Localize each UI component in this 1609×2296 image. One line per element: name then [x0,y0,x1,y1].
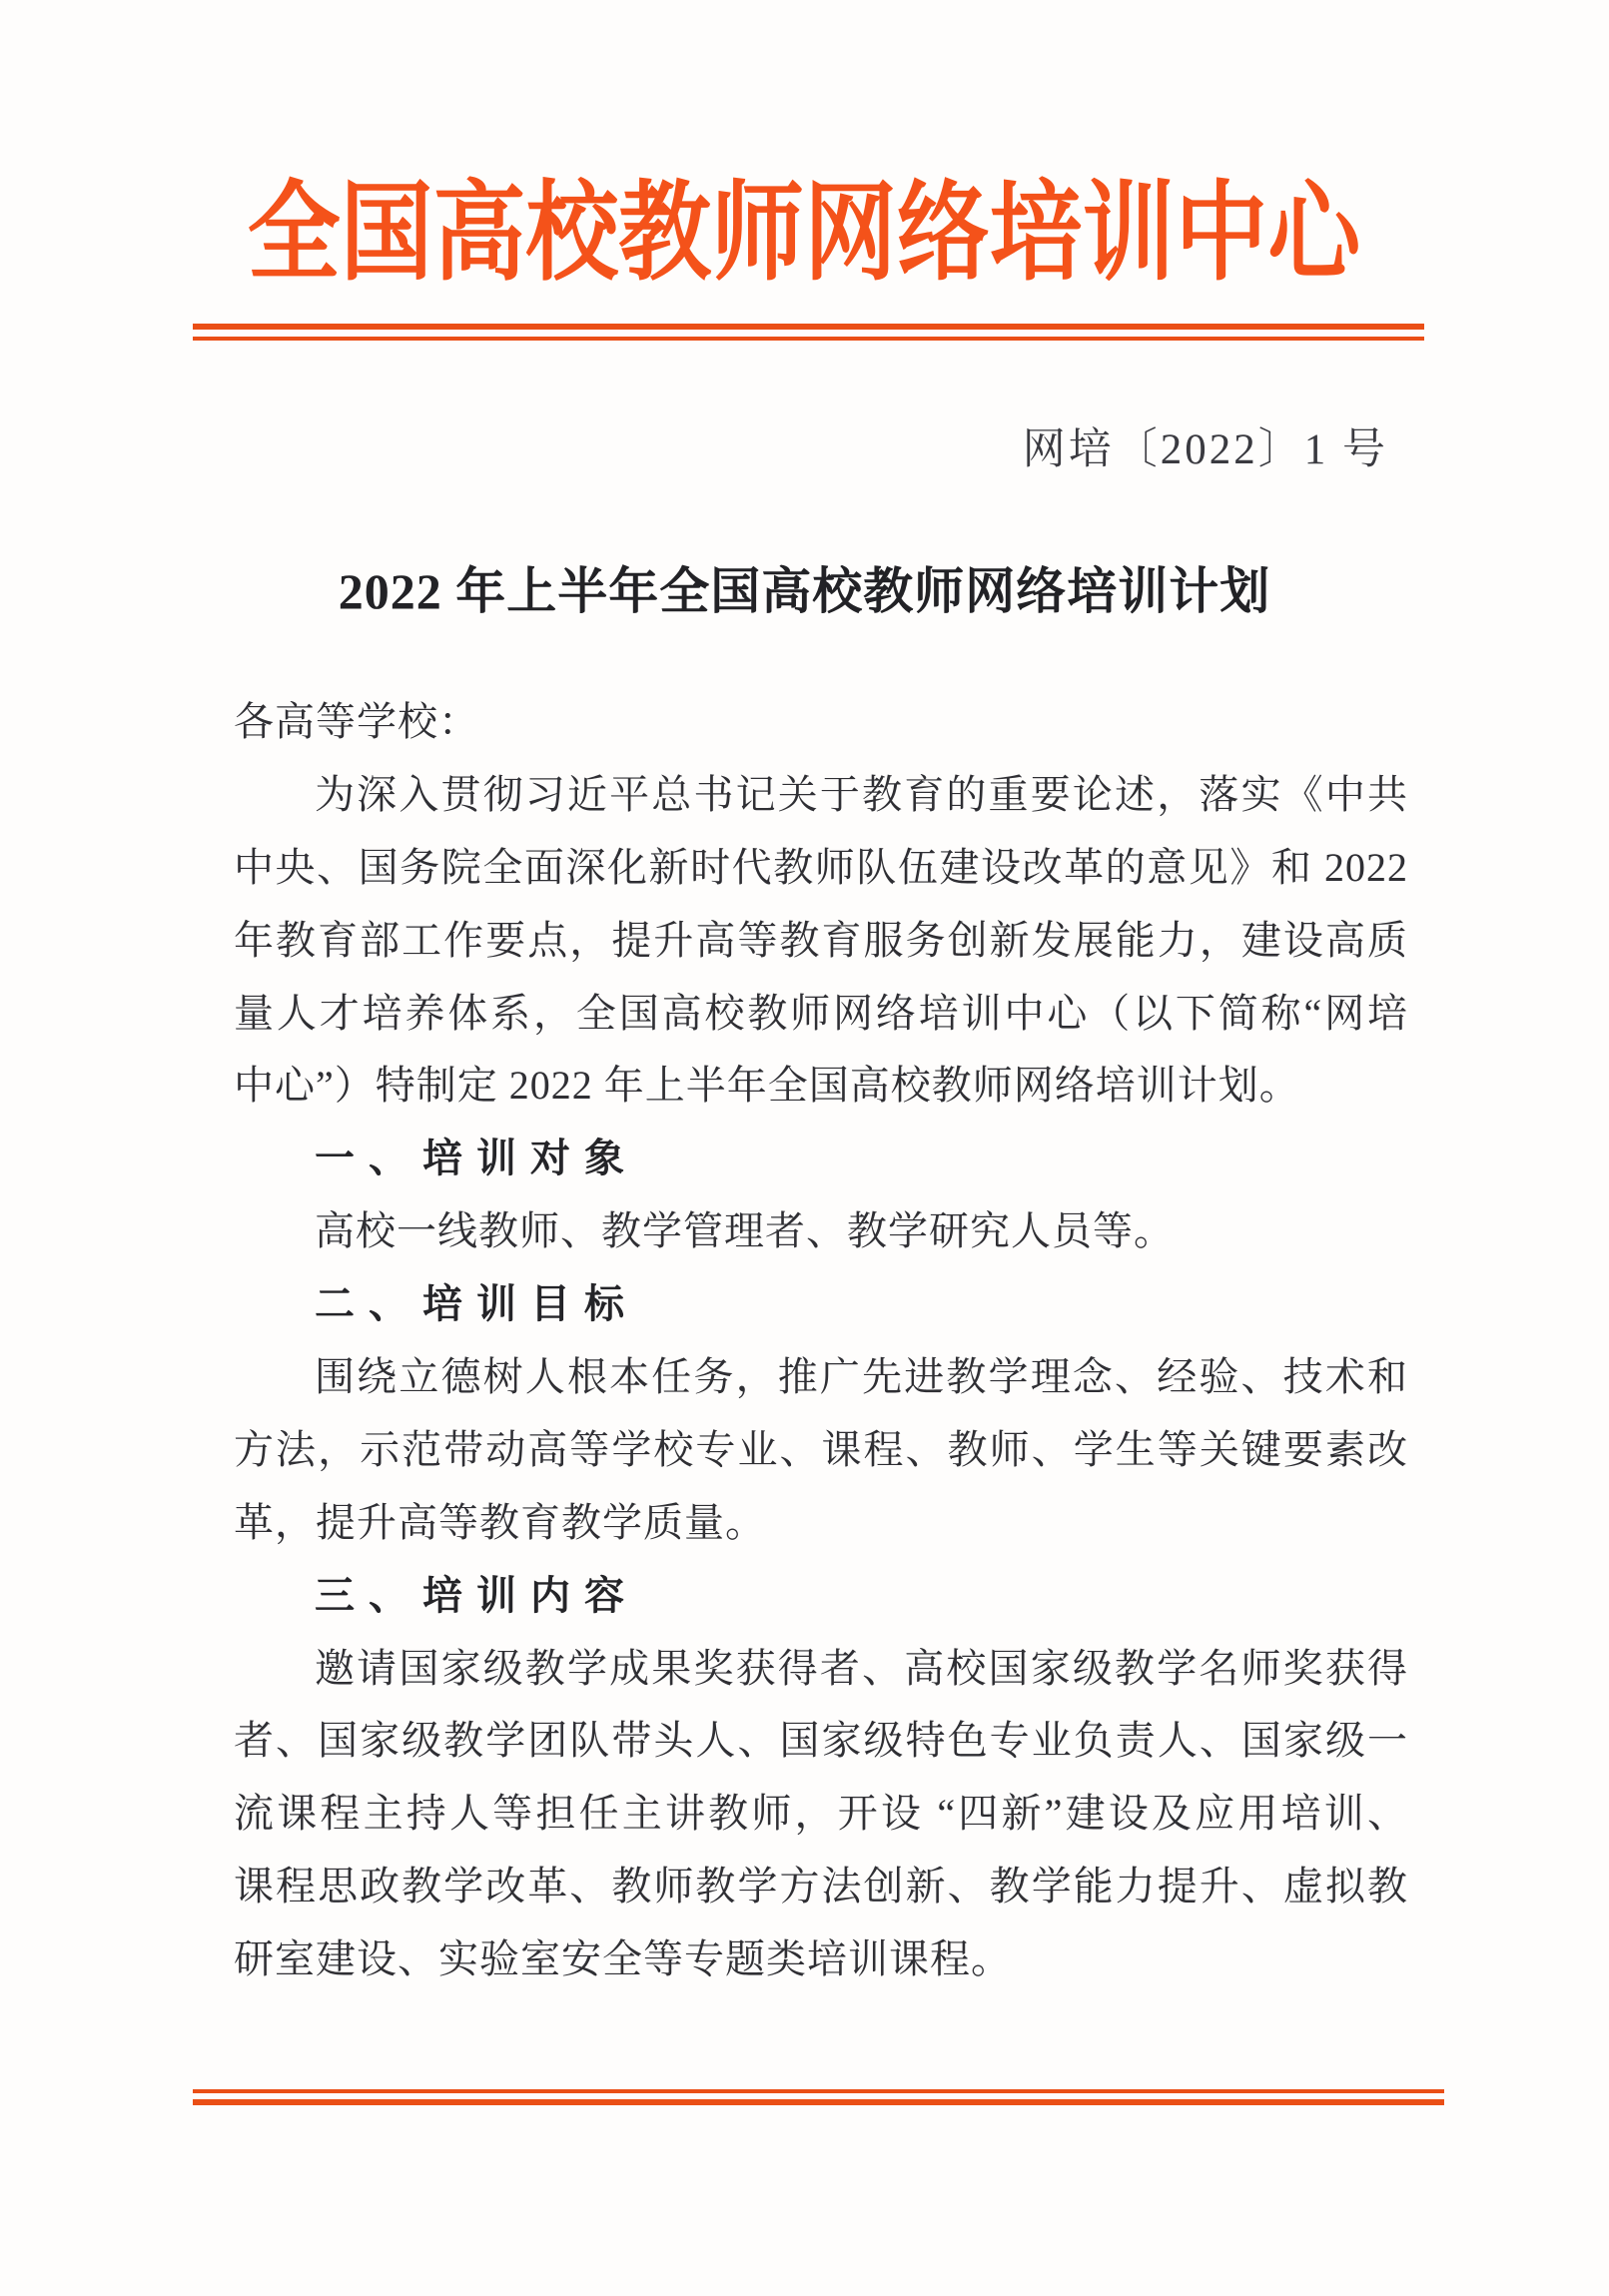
body-line: 围绕立德树人根本任务，推广先进教学理念、经验、技术和 [234,1341,1408,1414]
body-line: 邀请国家级教学成果奖获得者、高校国家级教学名师奖获得 [234,1633,1408,1706]
body-line: 中央、国务院全面深化新时代教师队伍建设改革的意见》和 2022 [234,832,1408,905]
section-heading-1: 一、培训对象 [234,1123,1408,1195]
body-line: 者、国家级教学团队带头人、国家级特色专业负责人、国家级一 [234,1705,1408,1778]
body-line: 中心”）特制定 2022 年上半年全国高校教师网络培训计划。 [234,1050,1408,1123]
section-heading-3: 三、培训内容 [234,1560,1408,1633]
page-title: 2022 年上半年全国高校教师网络培训计划 [0,559,1609,623]
letterhead-org-name: 全国高校教师网络培训中心 [248,160,1361,310]
document-page: 全国高校教师网络培训中心 网培〔2022〕1 号 2022 年上半年全国高校教师… [0,0,1609,2296]
body-line: 课程思政教学改革、教师教学方法创新、教学能力提升、虚拟教 [234,1851,1408,1923]
body-text: 各高等学校： 为深入贯彻习近平总书记关于教育的重要论述，落实《中共 中央、国务院… [234,686,1408,1996]
body-line: 方法，示范带动高等学校专业、课程、教师、学生等关键要素改 [234,1414,1408,1487]
body-line-salutation: 各高等学校： [234,686,1408,759]
letterhead-banner: 全国高校教师网络培训中心 [0,160,1609,310]
section-heading-2: 二、培训目标 [234,1268,1408,1341]
body-line: 流课程主持人等担任主讲教师，开设 “四新”建设及应用培训、 [234,1778,1408,1851]
body-line: 高校一线教师、教学管理者、教学研究人员等。 [234,1195,1408,1268]
body-line: 革，提升高等教育教学质量。 [234,1487,1408,1560]
body-line: 研室建设、实验室安全等专题类培训课程。 [234,1923,1408,1996]
letterhead-double-rule [193,324,1424,341]
doc-number: 网培〔2022〕1 号 [1023,425,1388,475]
footer-double-rule [193,2089,1444,2105]
body-line: 为深入贯彻习近平总书记关于教育的重要论述，落实《中共 [234,759,1408,832]
body-line: 年教育部工作要点，提升高等教育服务创新发展能力，建设高质 [234,905,1408,978]
body-line: 量人才培养体系，全国高校教师网络培训中心（以下简称“网培 [234,978,1408,1051]
